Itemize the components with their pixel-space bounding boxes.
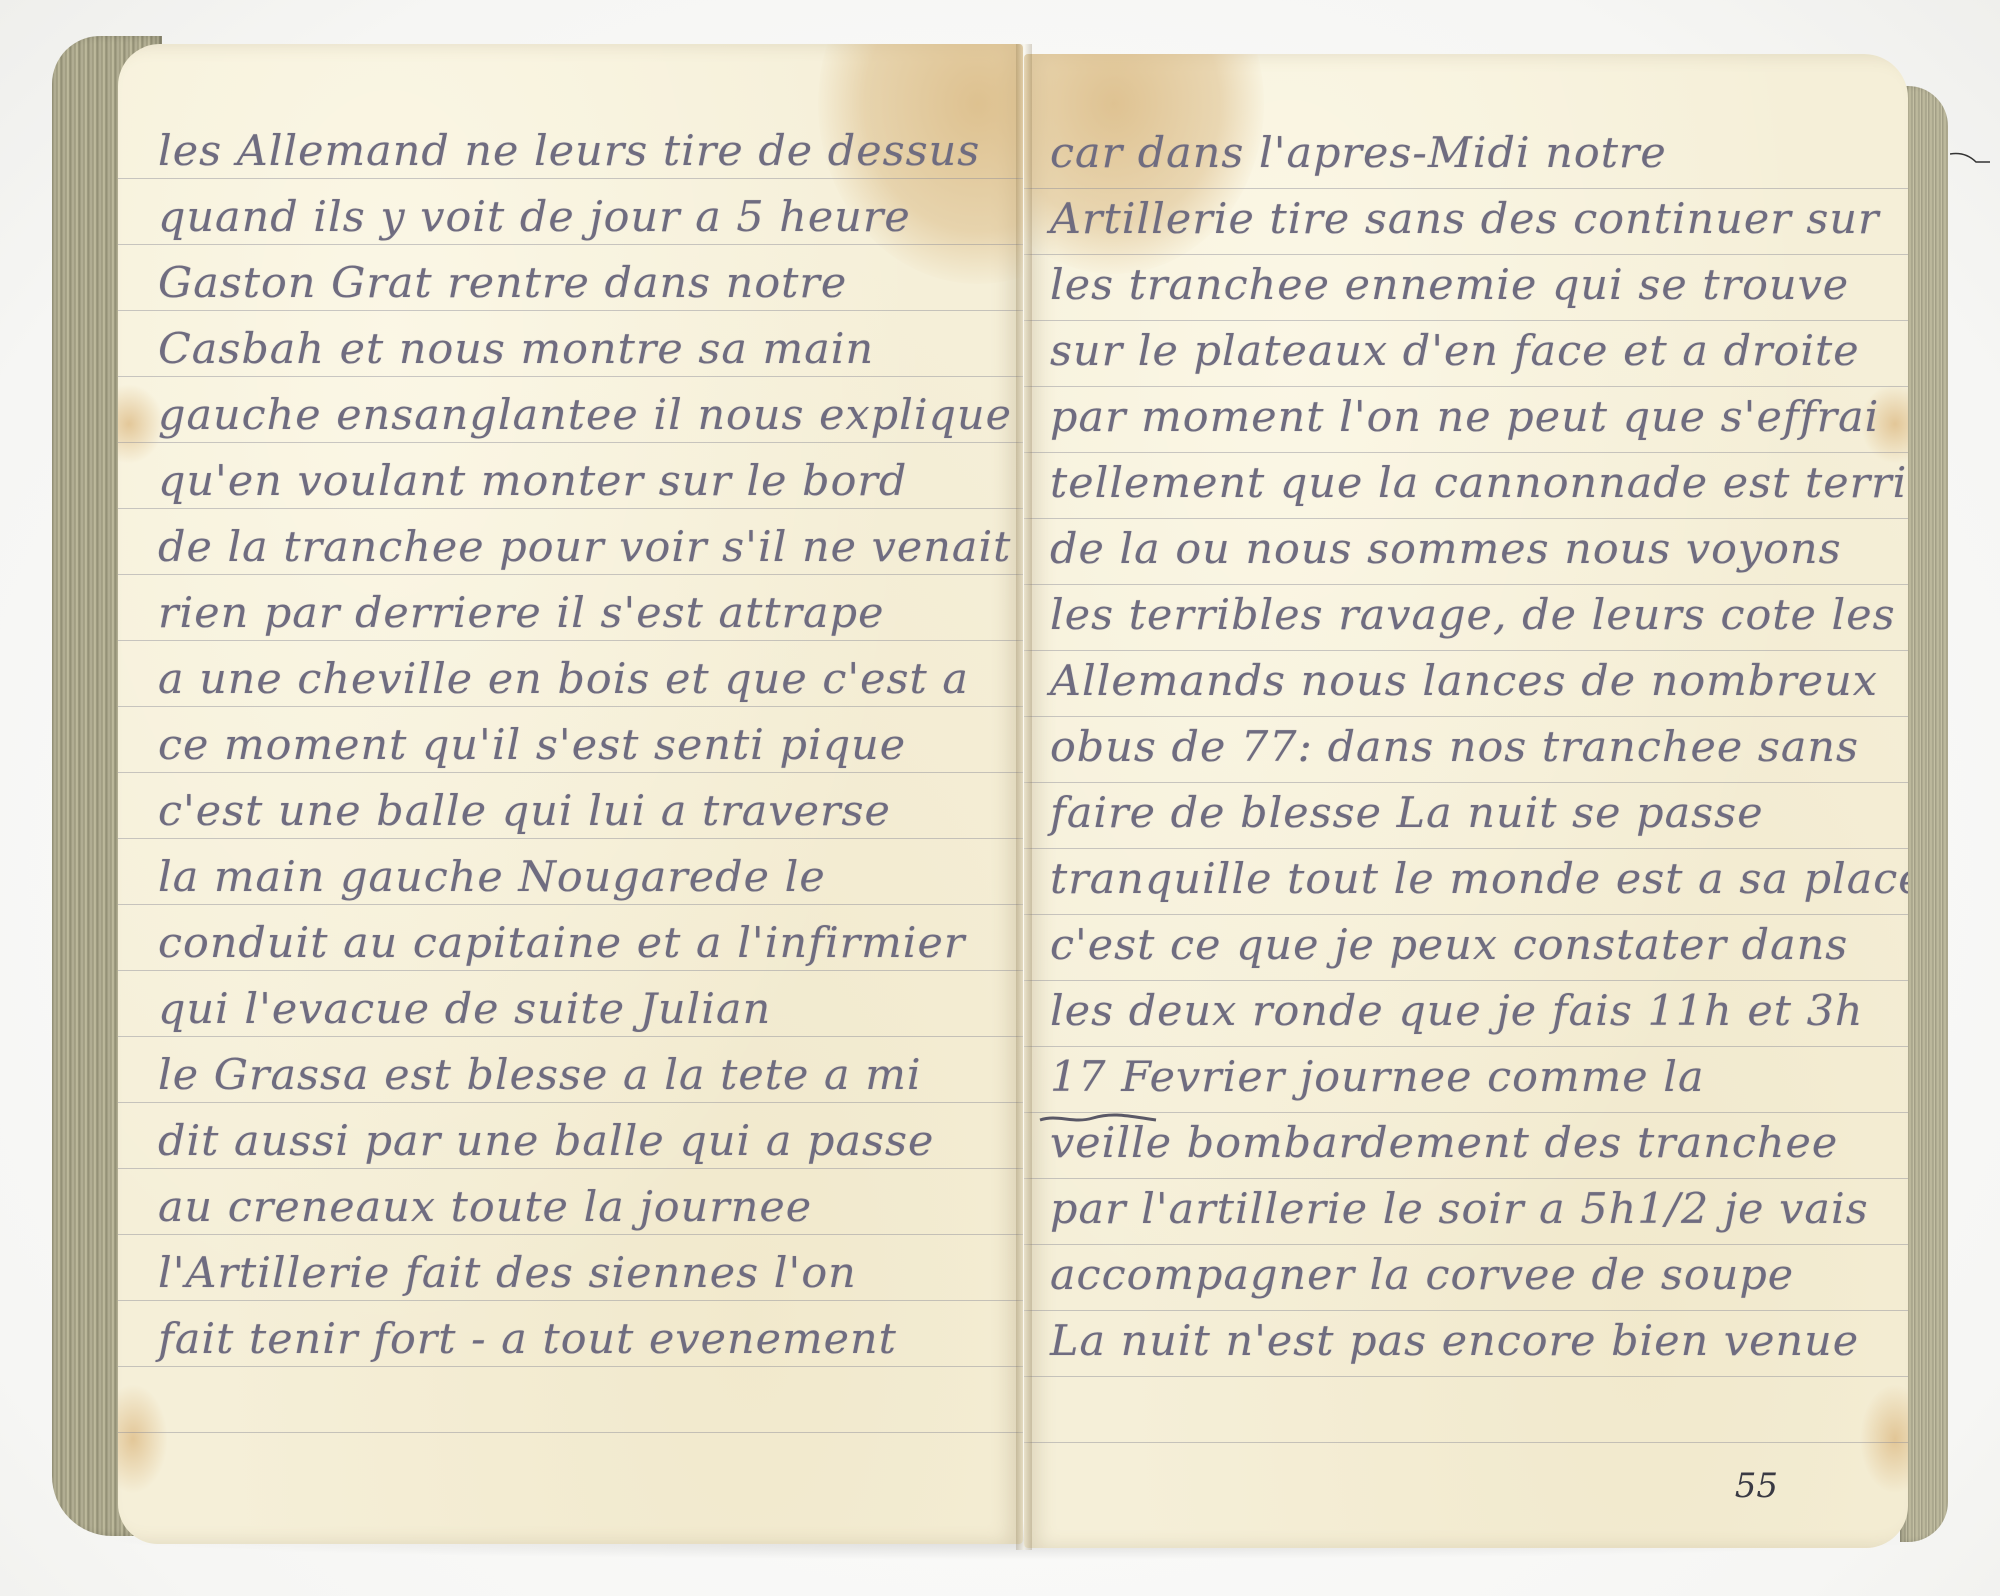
handwritten-line: au creneaux toute la journee bbox=[158, 1182, 812, 1231]
handwritten-line: c'est ce que je peux constater dans bbox=[1050, 920, 1848, 969]
right-page: car dans l'apres-Midi notre Artillerie t… bbox=[1024, 54, 1908, 1548]
handwritten-line: car dans l'apres-Midi notre bbox=[1050, 128, 1667, 177]
handwritten-line: rien par derriere il s'est attrape bbox=[158, 588, 884, 637]
handwritten-line: de la ou nous sommes nous voyons bbox=[1050, 524, 1842, 573]
handwritten-line: Allemands nous lances de nombreux bbox=[1050, 656, 1878, 705]
handwritten-line: c'est une balle qui lui a traverse bbox=[158, 786, 891, 835]
handwritten-line: obus de 77: dans nos tranchee sans bbox=[1050, 722, 1859, 771]
handwritten-line: La nuit n'est pas encore bien venue bbox=[1050, 1316, 1859, 1365]
left-page: les Allemand ne leurs tire de dessus qua… bbox=[118, 44, 1023, 1544]
handwritten-line: faire de blesse La nuit se passe bbox=[1050, 788, 1764, 837]
handwritten-line: qui l'evacue de suite Julian bbox=[158, 984, 771, 1033]
handwritten-line: qu'en voulant monter sur le bord bbox=[158, 456, 907, 505]
corner-stain bbox=[118, 1384, 168, 1494]
handwritten-line: veille bombardement des tranchee bbox=[1050, 1118, 1838, 1167]
corner-stain bbox=[1860, 1384, 1908, 1494]
handwritten-line: de la tranchee pour voir s'il ne venait bbox=[158, 522, 1011, 571]
handwritten-line: les terribles ravage, de leurs cote les bbox=[1050, 590, 1896, 639]
handwritten-line: les deux ronde que je fais 11h et 3h bbox=[1050, 986, 1863, 1035]
handwritten-line: les tranchee ennemie qui se trouve bbox=[1050, 260, 1849, 309]
handwritten-line: les Allemand ne leurs tire de dessus bbox=[158, 126, 980, 175]
handwritten-line: la main gauche Nougarede le bbox=[158, 852, 826, 901]
handwritten-line: par l'artillerie le soir a 5h1/2 je vais bbox=[1050, 1184, 1869, 1233]
handwritten-line: Gaston Grat rentre dans notre bbox=[158, 258, 847, 307]
book-gutter bbox=[1016, 44, 1032, 1550]
date-underline bbox=[1038, 1112, 1158, 1126]
handwritten-line: conduit au capitaine et a l'infirmier bbox=[158, 918, 965, 967]
handwritten-line: dit aussi par une balle qui a passe bbox=[158, 1116, 934, 1165]
scan-background: les Allemand ne leurs tire de dessus qua… bbox=[0, 0, 2000, 1596]
handwritten-line: Casbah et nous montre sa main bbox=[158, 324, 874, 373]
handwritten-line: l'Artillerie fait des siennes l'on bbox=[158, 1248, 857, 1297]
handwritten-line: fait tenir fort - a tout evenement bbox=[158, 1314, 897, 1363]
handwritten-line: ce moment qu'il s'est senti pique bbox=[158, 720, 906, 769]
page-number: 55 bbox=[1735, 1466, 1778, 1506]
handwritten-line: gauche ensanglantee il nous explique bbox=[158, 390, 1012, 439]
date-heading-line: 17 Fevrier journee comme la bbox=[1050, 1052, 1705, 1101]
handwritten-line: tranquille tout le monde est a sa place bbox=[1050, 854, 1908, 903]
handwritten-line: Artillerie tire sans des continuer sur bbox=[1050, 194, 1879, 243]
handwritten-line: sur le plateaux d'en face et a droite bbox=[1050, 326, 1860, 375]
handwritten-line: a une cheville en bois et que c'est a bbox=[158, 654, 969, 703]
handwritten-line: tellement que la cannonnade est terrible bbox=[1050, 458, 1908, 507]
handwritten-line: le Grassa est blesse a la tete a mi bbox=[158, 1050, 922, 1099]
loose-thread bbox=[1950, 150, 1992, 166]
handwritten-line: quand ils y voit de jour a 5 heure bbox=[158, 192, 911, 241]
handwritten-line: par moment l'on ne peut que s'effrai bbox=[1050, 392, 1879, 441]
handwritten-line: accompagner la corvee de soupe bbox=[1050, 1250, 1794, 1299]
